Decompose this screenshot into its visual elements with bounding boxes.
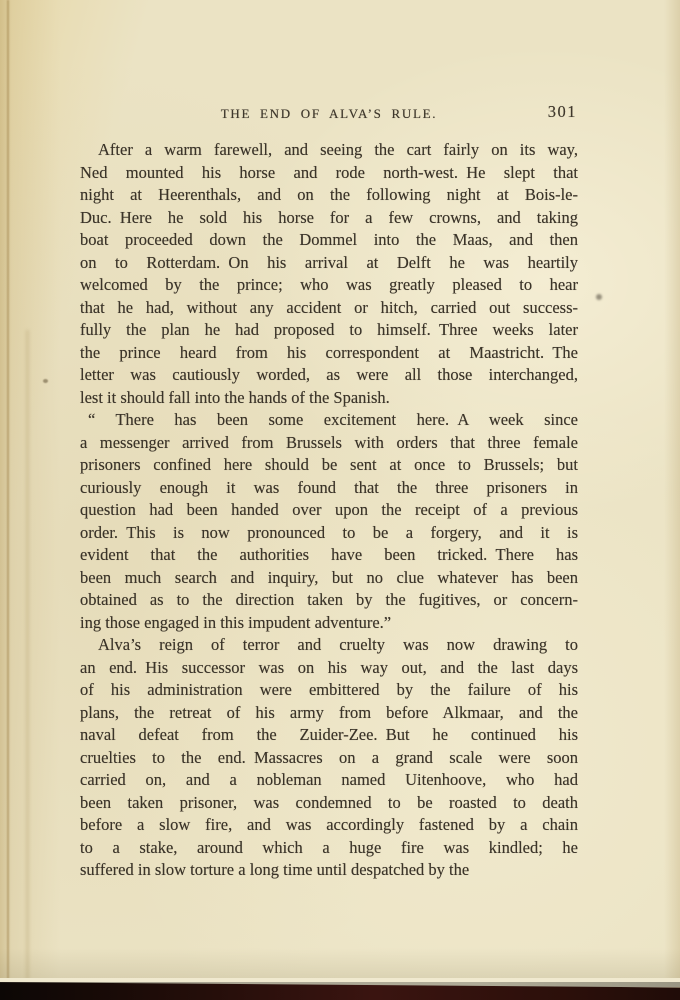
text-line: evident that the authorities have been t…: [80, 544, 578, 567]
ink-speck: [596, 294, 602, 300]
text-line: fully the plan he had proposed to himsel…: [80, 319, 578, 342]
text-line: suffered in slow torture a long time unt…: [80, 859, 578, 882]
text-line: lest it should fall into the hands of th…: [80, 387, 578, 410]
paragraph: “ There has been some excitement here. A…: [80, 409, 578, 634]
text-line: prisoners confined here should be sent a…: [80, 454, 578, 477]
text-line: ing those engaged in this impudent adven…: [80, 612, 578, 635]
text-line: question had been handed over upon the r…: [80, 499, 578, 522]
text-line: an end. His successor was on his way out…: [80, 657, 578, 680]
text-line: been taken prisoner, was condemned to be…: [80, 792, 578, 815]
text-line: the prince heard from his correspondent …: [80, 342, 578, 365]
text-line: After a warm farewell, and seeing the ca…: [80, 139, 578, 162]
text-line: of his administration were embittered by…: [80, 679, 578, 702]
text-line: letter was cautiously worded, as were al…: [80, 364, 578, 387]
text-line: that he had, without any accident or hit…: [80, 297, 578, 320]
text-line: before a slow fire, and was accordingly …: [80, 814, 578, 837]
running-header: THE END OF ALVA’S RULE. 301: [80, 103, 578, 129]
text-line: Ned mounted his horse and rode north-wes…: [80, 162, 578, 185]
text-line: Duc. Here he sold his horse for a few cr…: [80, 207, 578, 230]
text-line: naval defeat from the Zuider-Zee. But he…: [80, 724, 578, 747]
paper-blemish: [43, 379, 48, 383]
text-line: Alva’s reign of terror and cruelty was n…: [80, 634, 578, 657]
paragraph: After a warm farewell, and seeing the ca…: [80, 139, 578, 409]
right-page-edge-shade: [664, 0, 680, 1000]
left-gutter-shade: [0, 0, 64, 1000]
text-line: cruelties to the end. Massacres on a gra…: [80, 747, 578, 770]
bottom-page-shadow: [0, 948, 680, 980]
body-text-block: After a warm farewell, and seeing the ca…: [80, 139, 578, 882]
text-line: obtained as to the direction taken by th…: [80, 589, 578, 612]
text-line: on to Rotterdam. On his arrival at Delft…: [80, 252, 578, 275]
text-line: to a stake, around which a huge fire was…: [80, 837, 578, 860]
text-line: plans, the retreat of his army from befo…: [80, 702, 578, 725]
text-line: welcomed by the prince; who was greatly …: [80, 274, 578, 297]
page-number: 301: [548, 102, 577, 122]
text-line: carried on, and a nobleman named Uitenho…: [80, 769, 578, 792]
text-line: boat proceeded down the Dommel into the …: [80, 229, 578, 252]
book-page-scan: THE END OF ALVA’S RULE. 301 After a warm…: [0, 0, 680, 1000]
text-line: a messenger arrived from Brussels with o…: [80, 432, 578, 455]
text-line: been much search and inquiry, but no clu…: [80, 567, 578, 590]
text-line: night at Heerenthals, and on the followi…: [80, 184, 578, 207]
text-line: order. This is now pronounced to be a fo…: [80, 522, 578, 545]
running-title: THE END OF ALVA’S RULE.: [80, 106, 578, 122]
page-crease-secondary: [26, 330, 29, 980]
page-crease: [7, 0, 9, 984]
paragraph: Alva’s reign of terror and cruelty was n…: [80, 634, 578, 882]
text-line: “ There has been some excitement here. A…: [80, 409, 578, 432]
text-line: curiously enough it was found that the t…: [80, 477, 578, 500]
